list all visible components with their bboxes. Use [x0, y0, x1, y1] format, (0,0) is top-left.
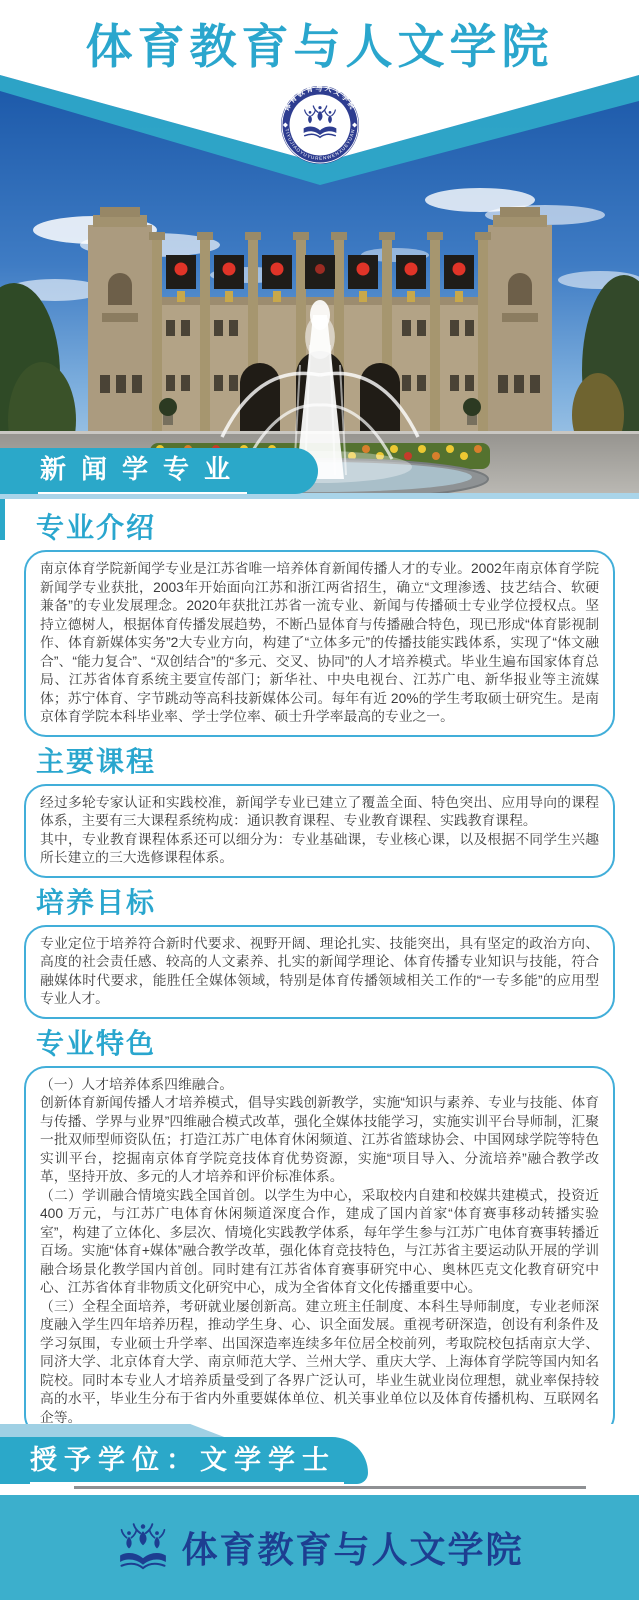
poster-page: 体育教育与人文学院: [0, 0, 639, 1600]
features-paragraph-3: （二）学训融合情境实践全国首创。以学生为中心，采取校内自建和校媒共建模式，投资近…: [40, 1187, 599, 1298]
right-tower: [488, 207, 552, 433]
section-objectives: 培养目标 专业定位于培养符合新时代要求、视野开阔、理论扎实、技能突出，具有坚定的…: [0, 888, 639, 1019]
lantern: [357, 263, 370, 276]
lantern: [223, 263, 236, 276]
major-banner: 新闻学专业: [0, 448, 318, 494]
lantern: [315, 264, 325, 274]
footer-title: 体育教育与人文学院: [181, 1522, 523, 1573]
lantern: [175, 263, 188, 276]
campus-gate-photo: 体育教育与人文学院 TIYUJIAOYUYURENWENXUEYUAN: [0, 75, 639, 497]
intro-box: 南京体育学院新闻学专业是江苏省唯一培养体育新闻传播人才的专业。2002年南京体育…: [24, 550, 615, 737]
college-logo-icon: [115, 1519, 171, 1577]
features-paragraph-1: （一）人才培养体系四维融合。: [40, 1076, 599, 1095]
objectives-paragraph: 专业定位于培养符合新时代要求、视野开阔、理论扎实、技能突出，具有坚定的政治方向、…: [40, 935, 599, 1009]
courses-box: 经过多轮专家认证和实践校准，新闻学专业已建立了覆盖全面、特色突出、应用导向的课程…: [24, 784, 615, 878]
courses-paragraph-1: 经过多轮专家认证和实践校准，新闻学专业已建立了覆盖全面、特色突出、应用导向的课程…: [40, 794, 599, 831]
features-paragraph-4: （三）全程全面培养，考研就业屡创新高。建立班主任制度、本科生导师制度，专业老师深…: [40, 1298, 599, 1425]
section-heading-features: 专业特色: [36, 1029, 639, 1059]
left-tower: [88, 207, 152, 433]
lantern: [405, 263, 418, 276]
page-title: 体育教育与人文学院: [0, 10, 639, 77]
section-features: 专业特色 （一）人才培养体系四维融合。 创新体育新闻传播人才培养模式，倡导实践创…: [0, 1029, 639, 1425]
courses-paragraph-2: 其中，专业教育课程体系还可以细分为：专业基础课，专业核心课，以及根据不同学生兴趣…: [40, 831, 599, 868]
content: 专业介绍 南京体育学院新闻学专业是江苏省唯一培养体育新闻传播人才的专业。2002…: [0, 503, 639, 1424]
divider-line: [74, 1486, 586, 1489]
objectives-box: 专业定位于培养符合新时代要求、视野开阔、理论扎实、技能突出，具有坚定的政治方向、…: [24, 925, 615, 1019]
campus-photo-illustration: 体育教育与人文学院 TIYUJIAOYUYURENWENXUEYUAN: [0, 75, 639, 497]
features-box: （一）人才培养体系四维融合。 创新体育新闻传播人才培养模式，倡导实践创新教学，实…: [24, 1066, 615, 1425]
features-paragraph-2: 创新体育新闻传播人才培养模式，倡导实践创新教学，实施“知识与素养、专业与技能、体…: [40, 1094, 599, 1187]
lantern: [453, 263, 466, 276]
major-banner-label: 新闻学专业: [38, 449, 247, 494]
section-heading-objectives: 培养目标: [36, 888, 639, 918]
lantern: [271, 263, 284, 276]
footer: 体育教育与人文学院: [0, 1495, 639, 1600]
section-intro: 专业介绍 南京体育学院新闻学专业是江苏省唯一培养体育新闻传播人才的专业。2002…: [0, 513, 639, 737]
degree-banner-label: 授予学位：文学学士: [30, 1438, 344, 1484]
degree-banner: 授予学位：文学学士: [0, 1437, 368, 1484]
intro-paragraph: 南京体育学院新闻学专业是江苏省唯一培养体育新闻传播人才的专业。2002年南京体育…: [40, 560, 599, 727]
left-accent-bar: [0, 499, 5, 540]
section-courses: 主要课程 经过多轮专家认证和实践校准，新闻学专业已建立了覆盖全面、特色突出、应用…: [0, 747, 639, 878]
section-heading-courses: 主要课程: [36, 747, 639, 777]
section-heading-intro: 专业介绍: [36, 513, 639, 543]
